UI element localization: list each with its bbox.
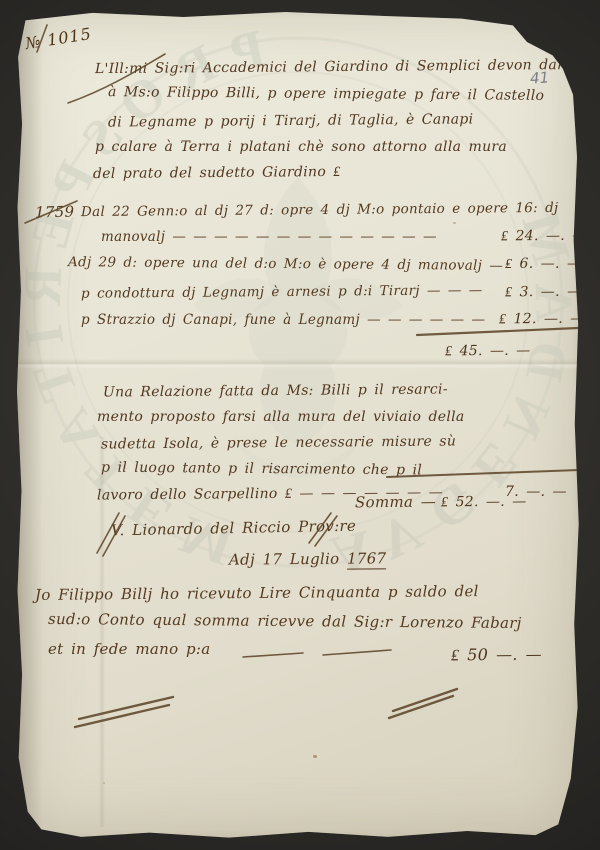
entry2-text: Adj 29 d: opere una del d:o M:o è opere … [68, 254, 503, 274]
somma-amount: ₤ 52. —. — [441, 494, 527, 512]
relation-line-4: p il luogo tanto p il risarcimento che p… [101, 460, 422, 479]
date-prefix: Adj 17 Luglio [229, 550, 340, 569]
entry1-line2: manovalj — — — — — — — — — — — — — [101, 229, 437, 245]
date-year: 1767 [347, 549, 387, 569]
header-line-1: L'Ill:mi Sig:ri Accademici del Giardino … [95, 57, 589, 77]
manuscript-page: PROSPERITATEM AVGENDAM № 1015 41 L'Ill:m… [13, 7, 581, 841]
signature: V. Lionardo del Riccio Prov:re [111, 517, 356, 540]
somma-label: Somma — [355, 493, 436, 512]
receipt-line-1: Jo Filippo Billj ho ricevuto Lire Cinqua… [35, 582, 479, 604]
receipt-amount: ₤ 50 —. — [451, 645, 542, 666]
relation-line-3: sudetta Isola, è prese le necessarie mis… [101, 433, 456, 452]
fold-crease-horizontal [13, 359, 581, 369]
header-line-2: à Ms:o Filippo Billi, p opere impiegate … [108, 84, 544, 104]
header-line-5: del prato del sudetto Giardino ₤ [93, 164, 341, 183]
subtotal-amount: ₤ 45. —. — [445, 343, 531, 361]
header-line-3: di Legname p porij i Tirarj, di Taglia, … [108, 111, 474, 130]
left-edge-shadow [13, 7, 43, 841]
entry1-line1: Dal 22 Genn:o al dj 27 d: opre 4 dj M:o … [81, 200, 559, 220]
relation-line-2: mento proposto farsi alla mura del vivia… [97, 409, 465, 425]
ink-stain [103, 782, 105, 784]
ink-stain [453, 222, 456, 224]
entry2-amount: ₤ 6. —. —. [505, 256, 586, 273]
header-line-4: p calare à Terra i platani chè sono atto… [95, 139, 507, 155]
receipt-line-3: et in fede mano p:a [48, 640, 211, 658]
margin-year: 1759 [35, 203, 75, 222]
ink-stain [313, 755, 317, 758]
entry3-amount: ₤ 3. —. —. [505, 284, 586, 302]
scanned-document: PROSPERITATEM AVGENDAM № 1015 41 L'Ill:m… [0, 0, 600, 850]
entry1-amount: ₤ 24. —. —. [501, 228, 591, 246]
receipt-line-2: sud:o Conto qual somma ricevve dal Sig:r… [48, 610, 522, 632]
entry4-text: p Strazzio dj Canapi, fune à Legnamj — —… [81, 312, 485, 328]
date-line: Adj 17 Luglio 1767 [229, 549, 387, 568]
entry4-amount: ₤ 12. —. —. [499, 311, 589, 329]
relation-line-1: Una Relazione fatta da Ms: Billi p il re… [103, 381, 448, 400]
entry3-text: p condottura dj Legnamj è arnesi p d:i T… [81, 282, 483, 302]
